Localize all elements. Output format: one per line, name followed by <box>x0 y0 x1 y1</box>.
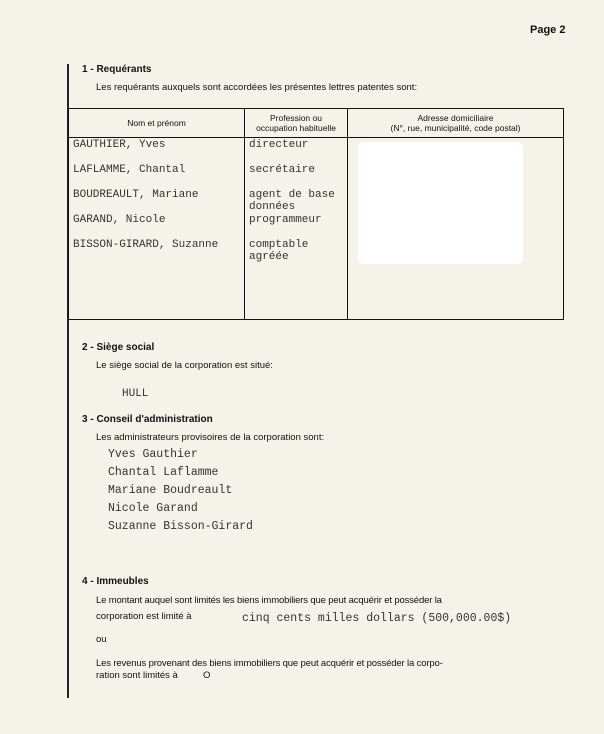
applicant-profession: secrétaire <box>249 163 347 188</box>
section-3-title: 3 - Conseil d'administration <box>82 414 213 425</box>
head-office-value: HULL <box>122 388 148 400</box>
names-cell: GAUTHIER, Yves LAFLAMME, Chantal BOUDREA… <box>69 138 245 320</box>
header-profession: Profession ou occupation habituelle <box>245 109 348 138</box>
section-2-intro: Le siège social de la corporation est si… <box>96 360 273 371</box>
section-2-title: 2 - Siège social <box>82 342 154 353</box>
applicant-name: GAUTHIER, Yves <box>73 138 244 163</box>
header-address: Adresse domiciliaire (N°, rue, municipal… <box>348 109 564 138</box>
applicant-name: GARAND, Nicole <box>73 213 244 238</box>
administrator: Nicole Garand <box>108 500 253 518</box>
section-4-para1-line1: Le montant auquel sont limités les biens… <box>96 595 442 606</box>
applicant-profession: directeur <box>249 138 347 163</box>
applicant-name: LAFLAMME, Chantal <box>73 163 244 188</box>
professions-cell: directeur secrétaire agent de base donné… <box>245 138 348 320</box>
administrators-list: Yves Gauthier Chantal Laflamme Mariane B… <box>108 446 253 536</box>
section-3-intro: Les administrateurs provisoires de la co… <box>96 432 324 443</box>
section-1-title: 1 - Requérants <box>82 64 151 75</box>
section-4-title: 4 - Immeubles <box>82 576 149 587</box>
redacted-address-block <box>358 142 523 264</box>
header-profession-line1: Profession ou <box>247 113 345 123</box>
page-number: Page 2 <box>530 24 565 36</box>
applicant-profession: programmeur <box>249 213 347 238</box>
administrator: Chantal Laflamme <box>108 464 253 482</box>
property-limit-amount: cinq cents milles dollars (500,000.00$) <box>242 612 511 625</box>
applicant-profession: comptable agréée <box>249 238 347 263</box>
section-1-intro: Les requérants auxquels sont accordées l… <box>96 82 417 93</box>
section-4-or: ou <box>96 634 107 645</box>
administrator: Suzanne Bisson-Girard <box>108 518 253 536</box>
header-address-line1: Adresse domiciliaire <box>350 113 561 123</box>
applicant-profession: agent de base données <box>249 188 347 213</box>
header-address-line2: (N°, rue, municipalité, code postal) <box>350 123 561 133</box>
administrator: Yves Gauthier <box>108 446 253 464</box>
section-4-para1-line2: corporation est limité à <box>96 611 192 622</box>
applicant-name: BISSON-GIRARD, Suzanne <box>73 238 244 263</box>
applicant-name: BOUDREAULT, Mariane <box>73 188 244 213</box>
revenue-limit-value: O <box>203 670 210 681</box>
administrator: Mariane Boudreault <box>108 482 253 500</box>
header-name: Nom et prénom <box>69 109 245 138</box>
section-4-para2-line1: Les revenus provenant des biens immobili… <box>96 658 443 669</box>
section-4-para2-line2: ration sont limités à <box>96 670 178 681</box>
header-profession-line2: occupation habituelle <box>247 123 345 133</box>
